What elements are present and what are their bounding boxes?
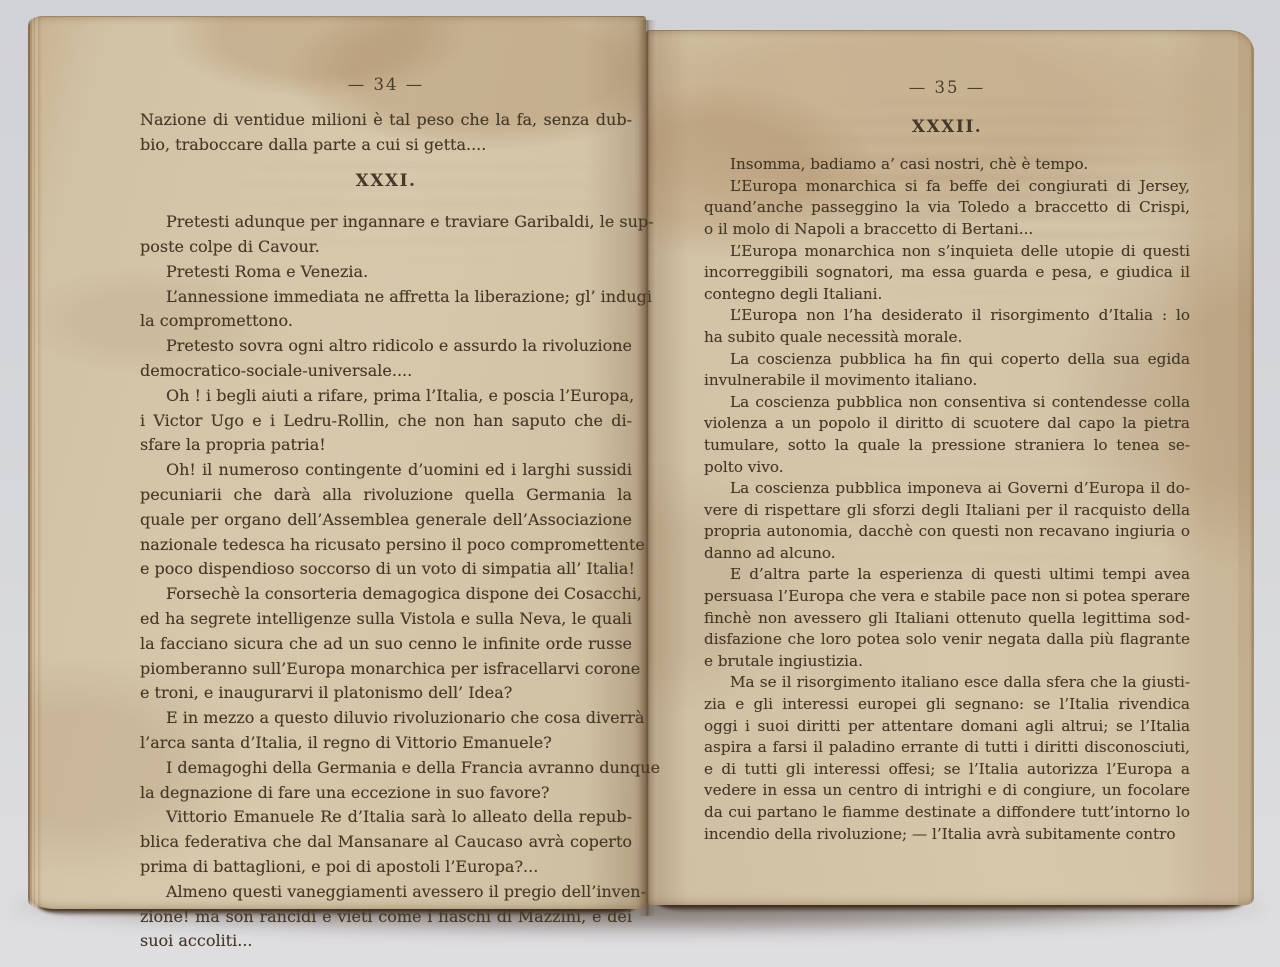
text-line: Ma se il risorgimento italiano esce dall… — [704, 672, 1190, 694]
text-line: L’Europa non l’ha desiderato il risorgim… — [704, 305, 1190, 327]
text-line: nazionale tedesca ha ricusato persino il… — [140, 533, 632, 558]
text-line: suoi accoliti... — [140, 929, 632, 954]
text-line: e brutale ingiustizia. — [704, 651, 1190, 673]
text-line: La coscienza pubblica ha fin qui coperto… — [704, 349, 1190, 371]
text-line: e troni, e inaugurarvi il platonismo del… — [140, 681, 632, 706]
text-line: Nazione di ventidue milioni è tal peso c… — [140, 108, 632, 133]
book-page-35: — 35 — XXXII.Insomma, badiamo a’ casi no… — [646, 30, 1254, 905]
page-35-body: XXXII.Insomma, badiamo a’ casi nostri, c… — [704, 117, 1190, 846]
text-line: quale per organo dell’Assemblea generale… — [140, 508, 632, 533]
text-line: incorreggibili sognatori, ma essa guarda… — [704, 262, 1190, 284]
text-line: l’arca santa d’Italia, il regno di Vitto… — [140, 731, 632, 756]
text-line: L’Europa monarchica si fa beffe dei cong… — [704, 176, 1190, 198]
text-line: democratico-sociale-universale.... — [140, 359, 632, 384]
text-line: i Victor Ugo e i Ledru-Rollin, che non h… — [140, 409, 632, 434]
text-line: poste colpe di Cavour. — [140, 235, 632, 260]
text-line: zia e gli interessi europei gli segnano:… — [704, 694, 1190, 716]
text-line: danno ad alcuno. — [704, 543, 1190, 565]
photo-of-open-book: { "palette": { "surface_background": "#d… — [0, 0, 1280, 967]
book-gutter-shadow — [638, 20, 656, 916]
text-line: Pretesto sovra ogni altro ridicolo e ass… — [140, 334, 632, 359]
text-line: aspira a farsi il paladino errante di tu… — [704, 737, 1190, 759]
text-line: Insomma, badiamo a’ casi nostri, chè è t… — [704, 154, 1190, 176]
text-line: La coscienza pubblica imponeva ai Govern… — [704, 478, 1190, 500]
text-line: Pretesti Roma e Venezia. — [140, 260, 632, 285]
page-35-text-column: — 35 — XXXII.Insomma, badiamo a’ casi no… — [704, 31, 1190, 845]
text-line: da cui partano le fiamme destinate a dif… — [704, 802, 1190, 824]
text-line: ed ha segrete intelligenze sulla Vistola… — [140, 607, 632, 632]
text-line: vedere in essa un centro di intrighi e d… — [704, 780, 1190, 802]
book-page-34: — 34 — Nazione di ventidue milioni è tal… — [28, 16, 646, 909]
text-line: zione! ma son rancidi e vieti come i fia… — [140, 905, 632, 930]
text-line: Almeno questi vaneggiamenti avessero il … — [140, 880, 632, 905]
text-line: o il molo di Napoli a braccetto di Berta… — [704, 219, 1190, 241]
page-34-body: Nazione di ventidue milioni è tal peso c… — [140, 108, 632, 954]
text-line: tumulare, sotto la quale la pressione st… — [704, 435, 1190, 457]
page-34-text-column: — 34 — Nazione di ventidue milioni è tal… — [140, 17, 632, 954]
text-line: blica federativa che dal Mansanare al Ca… — [140, 830, 632, 855]
text-line: la compromettono. — [140, 309, 632, 334]
text-line: la facciano sicura che ad un suo cenno l… — [140, 632, 632, 657]
text-line: I demagoghi della Germania e della Franc… — [140, 756, 632, 781]
section-heading: XXXII. — [704, 117, 1190, 139]
text-line: incendio della rivoluzione; — l’Italia a… — [704, 824, 1190, 846]
text-line: sfare la propria patria! — [140, 433, 632, 458]
text-line: E in mezzo a questo diluvio rivoluzionar… — [140, 706, 632, 731]
text-line: E d’altra parte la esperienza di questi … — [704, 564, 1190, 586]
text-line: ha subito quale necessità morale. — [704, 327, 1190, 349]
text-line: Vittorio Emanuele Re d’Italia sarà lo al… — [140, 805, 632, 830]
text-line: invulnerabile il movimento italiano. — [704, 370, 1190, 392]
text-line: oggi i suoi diritti per attentare domani… — [704, 716, 1190, 738]
text-line: bio, traboccare dalla parte a cui si get… — [140, 133, 632, 158]
text-line: Oh ! i begli aiuti a rifare, prima l’Ita… — [140, 384, 632, 409]
text-line: violenza a un popolo il diritto di scuot… — [704, 413, 1190, 435]
text-line: Oh! il numeroso contingente d’uomini ed … — [140, 458, 632, 483]
text-line: quand’anche passeggino la via Toledo a b… — [704, 197, 1190, 219]
text-line: polto vivo. — [704, 457, 1190, 479]
page-number-35: — 35 — — [704, 77, 1190, 99]
text-line: prima di battaglioni, e poi di apostoli … — [140, 855, 632, 880]
page-number-34: — 34 — — [140, 73, 632, 98]
text-line: disfazione che loro potea solo venir neg… — [704, 629, 1190, 651]
text-line: e poco dispendioso soccorso di un voto d… — [140, 557, 632, 582]
section-heading: XXXI. — [140, 169, 632, 194]
text-line: propria autonomia, dacchè con questi non… — [704, 521, 1190, 543]
text-line: la degnazione di fare una eccezione in s… — [140, 781, 632, 806]
text-line: Forsechè la consorteria demagogica dispo… — [140, 582, 632, 607]
text-line: contegno degli Italiani. — [704, 284, 1190, 306]
text-line: piomberanno sull’Europa monarchica per i… — [140, 657, 632, 682]
text-line: La coscienza pubblica non consentiva si … — [704, 392, 1190, 414]
page-edge-stack — [28, 17, 44, 909]
text-line: e di tutti gli interessi offesi; se l’It… — [704, 759, 1190, 781]
text-line: L’Europa monarchica non s’inquieta delle… — [704, 241, 1190, 263]
text-line: L’annessione immediata ne affretta la li… — [140, 285, 632, 310]
text-line: Pretesti adunque per ingannare e traviar… — [140, 210, 632, 235]
text-line: pecuniarii che darà alla rivoluzione que… — [140, 483, 632, 508]
text-line: finchè non avessero gli Italiani ottenut… — [704, 608, 1190, 630]
text-line: persuasa l’Europa che vera e stabile pac… — [704, 586, 1190, 608]
text-line: vere di rispettare gli sforzi degli Ital… — [704, 500, 1190, 522]
